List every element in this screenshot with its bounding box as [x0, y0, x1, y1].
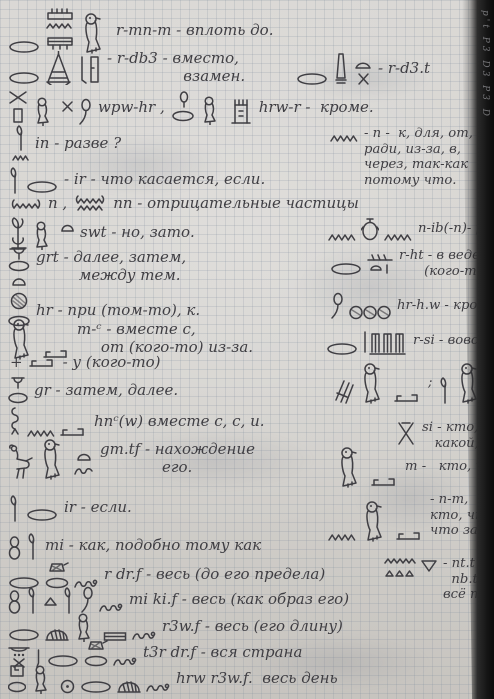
entry-text: hrw-r - кроме.	[259, 99, 374, 117]
crossed-hieroglyph-icon	[396, 420, 416, 446]
hieroglyph-group	[328, 500, 424, 542]
hieroglyph-group	[384, 556, 437, 578]
hieroglyph-group	[326, 326, 407, 356]
water-arms2-hieroglyph-icon	[73, 194, 107, 213]
hieroglyph-group	[296, 52, 372, 86]
festival-hieroglyph-icon	[229, 97, 253, 125]
owl-hieroglyph-icon	[359, 362, 389, 404]
entry-text: hrw r3w.f. весь день	[176, 670, 338, 688]
entry-r-d3t: - r-d3.t	[296, 52, 430, 86]
entry-text: swt - но, зато.	[80, 224, 195, 242]
chick-hieroglyph-icon	[31, 664, 55, 694]
entry-text: wpw-hr ,	[98, 99, 165, 117]
mouth-hieroglyph-icon	[296, 72, 328, 86]
owl-hieroglyph-icon	[336, 446, 366, 488]
owl-hieroglyph-icon	[39, 438, 69, 480]
entry-mi-ki-f: mi ki.f - весь (как образ его)	[8, 586, 349, 614]
entry-text: ;	[428, 375, 432, 391]
entry-text: t3r dr.f - вся страна	[143, 644, 302, 662]
entry-text: - ir - что касается, если.	[64, 171, 265, 189]
heart-hieroglyph-icon	[361, 216, 379, 242]
page-edge-text: p't P3 D3 P3 D	[480, 10, 490, 119]
hieroglyph-group	[328, 216, 412, 242]
wick-oval-hieroglyph-icon	[171, 91, 195, 125]
entry-in: in - разве ?	[12, 124, 121, 164]
hieroglyph-group	[8, 438, 94, 480]
roll-hieroglyph-icon	[117, 676, 141, 694]
entry-text: - r-db3 - вместо, взамен.	[107, 50, 245, 85]
hieroglyph-group	[8, 246, 30, 288]
hieroglyph-group	[334, 362, 422, 404]
chick-hieroglyph-icon	[33, 96, 57, 126]
entry-ir-what-concerns: - ir - что касается, если.	[8, 166, 265, 194]
entry-text: grt - далее, затем, между тем.	[36, 249, 186, 284]
hieroglyph-group	[29, 356, 57, 369]
owl-hieroglyph-icon	[361, 500, 391, 542]
loaf-hieroglyph-icon	[61, 224, 74, 232]
entry-text: - n - к, для, от, ради, из-за, в, через,…	[364, 126, 473, 188]
mouth-hieroglyph-icon	[8, 71, 40, 85]
entry-hrw-r3w-f: hrw r3w.f. весь день	[8, 664, 338, 694]
hill-hieroglyph-icon	[44, 597, 57, 606]
water-hieroglyph-icon	[384, 231, 412, 242]
entry-text: m-ᶜ - вместе с, от (кого-то) из-за.	[77, 321, 253, 356]
hieroglyph-group	[73, 194, 107, 213]
hieroglyph-group	[8, 166, 58, 194]
entry-text: n ,	[48, 195, 67, 213]
hieroglyph-group	[171, 91, 253, 125]
entry-text: mi ki.f - весь (как образ его)	[129, 591, 349, 609]
water-arms-hieroglyph-icon	[10, 196, 42, 211]
entry-text: ir - если.	[64, 499, 132, 517]
x-small-hieroglyph-icon	[62, 101, 73, 112]
square-oval-hieroglyph-icon	[8, 664, 26, 694]
hieroglyph-group	[330, 292, 391, 320]
arm-hieroglyph-icon	[371, 475, 399, 488]
plus-sign: +	[10, 354, 23, 372]
sun-hieroglyph-icon	[60, 679, 75, 694]
entry-text: gr - затем, далее.	[34, 382, 178, 400]
water-hills3-hieroglyph-icon	[384, 556, 416, 578]
mouth-hieroglyph-icon	[326, 342, 358, 356]
mouth-hieroglyph-icon	[330, 262, 362, 276]
reed-hieroglyph-icon	[8, 166, 21, 194]
entry-n-preposition: - n - к, для, от, ради, из-за, в, через,…	[330, 126, 473, 188]
entry-text: r dr.f - весь (до его предела)	[104, 566, 325, 584]
entry-text: in - разве ?	[35, 135, 121, 153]
sedge-hieroglyph-icon	[8, 216, 27, 250]
jug8-hieroglyph-icon	[8, 536, 21, 560]
entry-text: - r-d3.t	[378, 60, 430, 78]
owl-hieroglyph-icon	[80, 12, 110, 54]
entry-m-a-variant: + - у (кого-то)	[10, 354, 161, 372]
reed-hieroglyph-icon	[26, 532, 39, 560]
reed-hieroglyph-icon	[438, 376, 451, 404]
entry-n-m: - n-m, кто, что, что за?	[328, 492, 494, 542]
hieroglyph-group	[12, 124, 29, 164]
hieroglyph-group	[8, 376, 28, 406]
hieroglyph-group	[8, 51, 101, 85]
mn-stack-hieroglyph-icon	[45, 8, 75, 54]
hieroglyph-group	[8, 216, 74, 250]
leg-bolt-hieroglyph-icon	[77, 55, 101, 85]
mouth-hieroglyph-icon	[80, 680, 112, 694]
gm-bird-hieroglyph-icon	[8, 444, 34, 480]
entry-text: gm.tf - нахождение его.	[100, 441, 255, 476]
hieroglyph-group	[8, 90, 92, 126]
arm-hieroglyph-icon	[60, 425, 88, 438]
cup-hieroglyph-icon	[421, 559, 437, 572]
wick-hieroglyph-icon	[330, 292, 344, 320]
hieroglyph-group	[8, 406, 88, 438]
water-hieroglyph-icon	[27, 427, 55, 438]
hieroglyph-group	[8, 532, 39, 560]
reed-water-hieroglyph-icon	[12, 124, 29, 164]
pot-oval-hieroglyph-icon	[8, 376, 28, 406]
hieroglyph-group	[396, 420, 416, 446]
branch-hieroglyph-icon	[367, 252, 393, 276]
slashes-hieroglyph-icon	[334, 378, 354, 404]
hieroglyph-group	[336, 446, 399, 488]
reed-hieroglyph-icon	[62, 586, 75, 614]
entry-text: mi - как, подобно тому как	[45, 537, 261, 555]
wick-hieroglyph-icon	[78, 98, 92, 126]
hieroglyph-group	[8, 8, 110, 54]
horns-box-hieroglyph-icon	[8, 90, 28, 126]
entry-gm-tf: gm.tf - нахождение его.	[8, 438, 255, 480]
rope8-hieroglyph-icon	[8, 406, 22, 438]
hieroglyph-group	[8, 586, 123, 614]
water-hieroglyph-icon	[328, 231, 356, 242]
jug8-hieroglyph-icon	[8, 590, 21, 614]
entry-swt: swt - но, зато.	[8, 216, 195, 250]
si-posts-hieroglyph-icon	[363, 326, 407, 356]
hill-x-hieroglyph-icon	[354, 58, 372, 86]
entry-mi: mi - как, подобно тому как	[8, 532, 261, 560]
water-hieroglyph-icon	[328, 531, 356, 542]
hieroglyph-group	[10, 196, 42, 211]
entry-hna: hnᶜ(w) вместе с, с, и.	[8, 406, 265, 438]
net-hieroglyph-icon	[45, 51, 72, 85]
entry-text: nn - отрицательные частицы	[113, 195, 359, 213]
entry-ir-if: ir - если.	[8, 494, 132, 522]
arm-hieroglyph-icon	[394, 391, 422, 404]
entry-text: r3w.f - весь (его длину)	[162, 618, 343, 636]
entry-text: r-mn-m - вплоть до.	[116, 22, 273, 40]
entry-negative-particles: n , nn - отрицательные частицы	[10, 194, 359, 213]
entry-r-mn-m: r-mn-m - вплоть до.	[8, 8, 273, 54]
entry-r-db3: - r-db3 - вместо, взамен.	[8, 50, 245, 85]
reed-hieroglyph-icon	[26, 586, 39, 614]
loaf-snake-hieroglyph-icon	[74, 452, 94, 480]
gstand-oval-hieroglyph-icon	[8, 246, 30, 288]
arm-hieroglyph-icon	[29, 356, 57, 369]
water-hieroglyph-icon	[330, 132, 358, 143]
arm-hieroglyph-icon	[396, 529, 424, 542]
entry-text: - у (кого-то)	[63, 354, 161, 372]
entry-grt: grt - далее, затем, между тем.	[8, 246, 186, 288]
hieroglyph-group	[8, 494, 58, 522]
hieroglyph-group	[330, 132, 358, 143]
obelisk-hieroglyph-icon	[333, 52, 349, 86]
entry-text: hnᶜ(w) вместе с, с, и.	[94, 413, 265, 431]
hieroglyph-group	[330, 252, 393, 276]
circles3-hieroglyph-icon	[349, 305, 391, 320]
snake-hieroglyph-icon	[146, 680, 170, 694]
reed-hieroglyph-icon	[8, 494, 21, 522]
mouth-hieroglyph-icon	[26, 180, 58, 194]
entry-gr: gr - затем, далее.	[8, 376, 178, 406]
mouth-hieroglyph-icon	[26, 508, 58, 522]
wick-hieroglyph-icon	[80, 586, 94, 614]
chick-hieroglyph-icon	[200, 95, 224, 125]
entry-wpw-hr: wpw-hr , hrw-r - кроме.	[8, 90, 374, 126]
hieroglyph-group	[8, 664, 170, 694]
